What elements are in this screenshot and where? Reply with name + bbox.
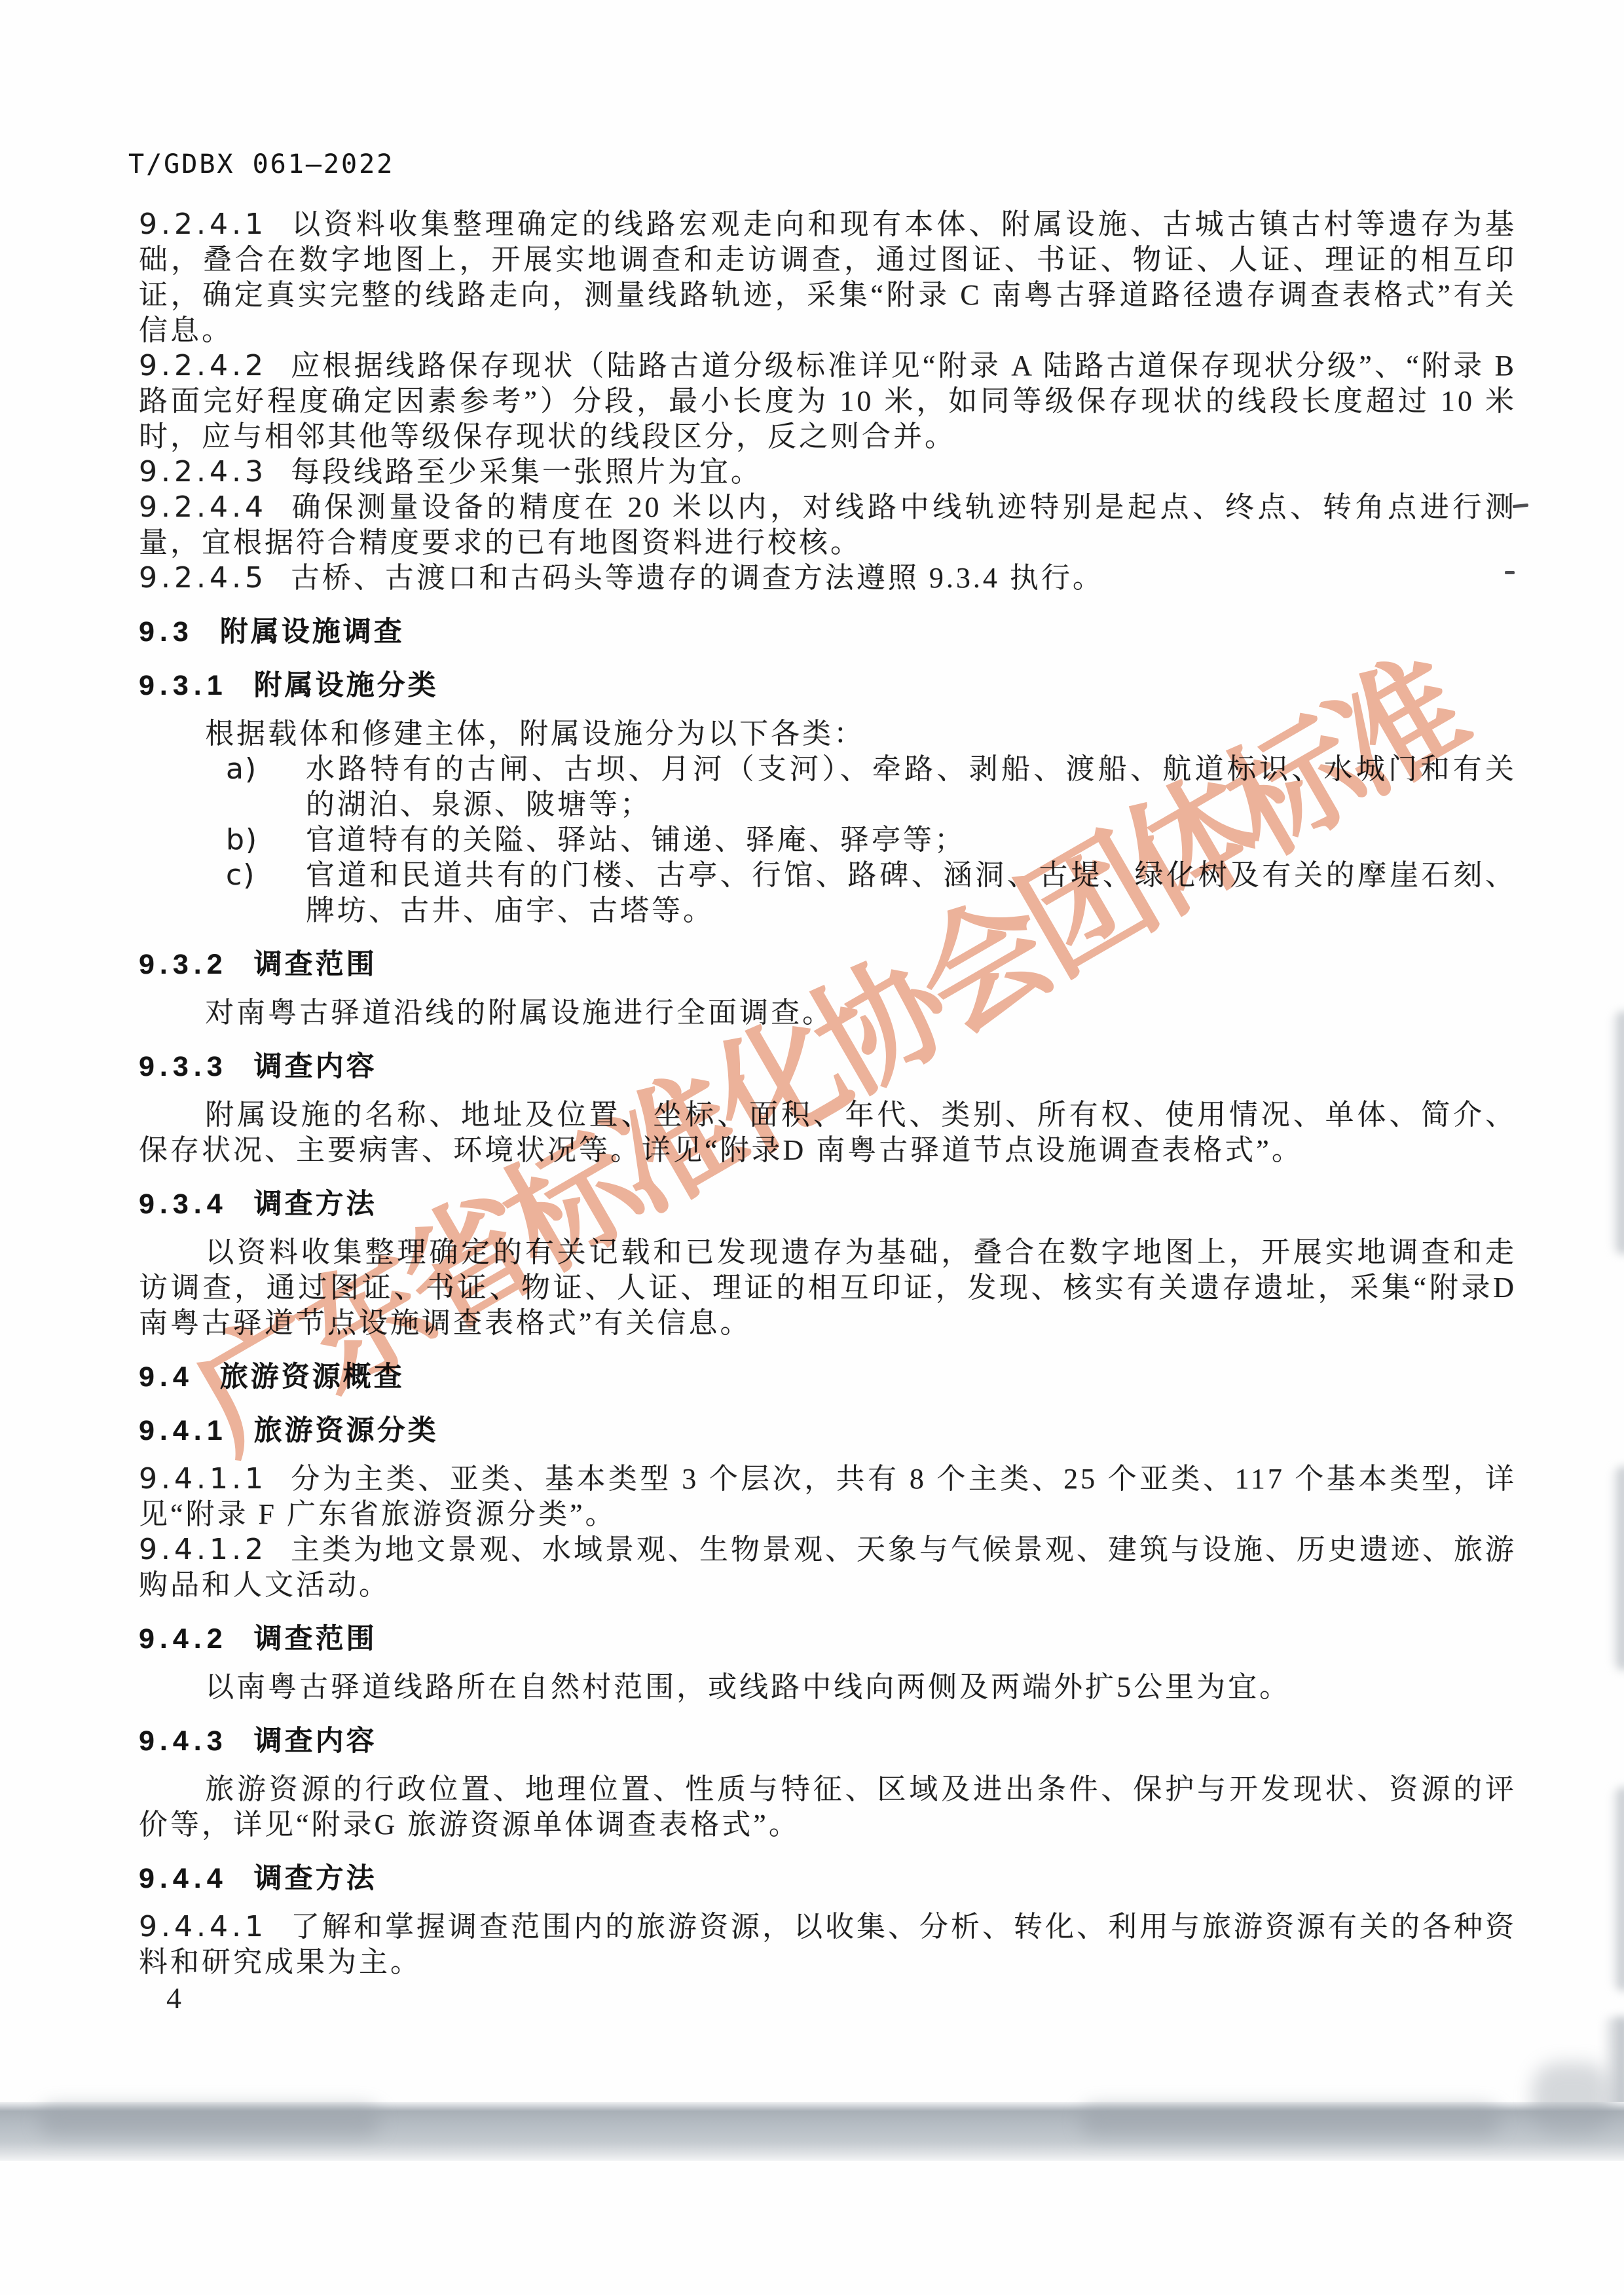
clause-heading-title: 旅游资源概查 <box>220 1361 405 1393</box>
clause-text: 应根据线路保存现状（陆路古道分级标准详见“附录 A 陆路古道保存现状分级”、“附… <box>139 350 1517 452</box>
body-paragraph: 根据载体和修建主体，附属设施分为以下各类： <box>139 716 1517 752</box>
body-paragraph: 对南粤古驿道沿线的附属设施进行全面调查。 <box>139 995 1517 1031</box>
clause-heading-title: 调查方法 <box>254 1188 377 1220</box>
paragraph-text: 附属设施的名称、地址及位置、坐标、面积、年代、类别、所有权、使用情况、单体、简介… <box>139 1099 1517 1166</box>
clause-number: 9.2.4.3 <box>139 455 267 488</box>
paragraph-text: 以资料收集整理确定的有关记载和已发现遗存为基础，叠合在数字地图上，开展实地调查和… <box>139 1236 1517 1339</box>
clause-heading: 9.3.1附属设施分类 <box>139 668 1517 703</box>
numbered-clause: 9.4.4.1了解和掌握调查范围内的旅游资源，以收集、分析、转化、利用与旅游资源… <box>139 1909 1517 1980</box>
scan-edge-shadow <box>1611 1788 1624 1991</box>
clause-number: 9.2.4.4 <box>139 490 267 524</box>
document-body: 9.2.4.1以资料收集整理确定的线路宏观走向和现有本体、附属设施、古城古镇古村… <box>139 207 1517 1980</box>
clause-text: 古桥、古渡口和古码头等遗存的调查方法遵照 9.3.4 执行。 <box>291 562 1104 594</box>
scan-bottom-edge-band <box>0 2102 1624 2161</box>
list-item-marker: b) <box>139 822 306 858</box>
clause-heading-title: 附属设施分类 <box>254 670 439 701</box>
scan-shadow-patch <box>39 2106 380 2136</box>
clause-heading: 9.3.2调查范围 <box>139 947 1517 982</box>
numbered-clause: 9.2.4.4确保测量设备的精度在 20 米以内，对线路中线轨迹特别是起点、终点… <box>139 490 1517 560</box>
clause-heading: 9.4.3调查内容 <box>139 1723 1517 1759</box>
clause-heading-title: 旅游资源分类 <box>254 1415 439 1446</box>
clause-heading: 9.4.4调查方法 <box>139 1861 1517 1896</box>
paragraph-text: 以南粤古驿道线路所在自然村范围，或线路中线向两侧及两端外扩5公里为宜。 <box>205 1671 1291 1703</box>
clause-heading: 9.3附属设施调查 <box>139 614 1517 650</box>
clause-heading-title: 调查内容 <box>254 1725 377 1757</box>
clause-heading-number: 9.4.3 <box>139 1725 228 1757</box>
clause-heading-number: 9.3.3 <box>139 1051 228 1082</box>
list-item-text: 官道特有的关隘、驿站、铺递、驿庵、驿亭等； <box>306 822 1517 858</box>
clause-heading-title: 调查内容 <box>254 1051 377 1082</box>
clause-heading-number: 9.4.2 <box>139 1623 228 1655</box>
clause-heading: 9.4.1旅游资源分类 <box>139 1413 1517 1448</box>
numbered-clause: 9.2.4.2应根据线路保存现状（陆路古道分级标准详见“附录 A 陆路古道保存现… <box>139 348 1517 454</box>
clause-heading: 9.4.2调查范围 <box>139 1621 1517 1657</box>
clause-heading: 9.3.4调查方法 <box>139 1186 1517 1222</box>
clause-text: 每段线路至少采集一张照片为宜。 <box>291 456 762 488</box>
clause-heading-title: 调查方法 <box>254 1863 377 1894</box>
clause-text: 确保测量设备的精度在 20 米以内，对线路中线轨迹特别是起点、终点、转角点进行测… <box>139 491 1517 559</box>
page-number: 4 <box>166 1981 181 2015</box>
scan-shadow-patch <box>1532 2063 1611 2135</box>
body-paragraph: 以南粤古驿道线路所在自然村范围，或线路中线向两侧及两端外扩5公里为宜。 <box>139 1670 1517 1705</box>
body-paragraph: 旅游资源的行政位置、地理位置、性质与特征、区域及进出条件、保护与开发现状、资源的… <box>139 1772 1517 1843</box>
scan-edge-shadow <box>1611 1012 1624 1254</box>
numbered-clause: 9.2.4.1以资料收集整理确定的线路宏观走向和现有本体、附属设施、古城古镇古村… <box>139 207 1517 348</box>
list-item-text: 官道和民道共有的门楼、古亭、行馆、路碑、涵洞、古堤、绿化树及有关的摩崖石刻、牌坊… <box>306 858 1517 928</box>
clause-heading-number: 9.4.1 <box>139 1415 228 1446</box>
clause-number: 9.4.4.1 <box>139 1910 267 1943</box>
numbered-clause: 9.2.4.5古桥、古渡口和古码头等遗存的调查方法遵照 9.3.4 执行。 <box>139 560 1517 596</box>
numbered-clause: 9.4.1.1分为主类、亚类、基本类型 3 个层次，共有 8 个主类、25 个亚… <box>139 1461 1517 1532</box>
list-item: a)水路特有的古闸、古坝、月河（支河）、牵路、剥船、渡船、航道标识、水城门和有关… <box>139 752 1517 822</box>
scan-shadow-patch <box>1080 2106 1500 2136</box>
clause-heading-number: 9.3.4 <box>139 1188 228 1220</box>
clause-heading-title: 调查范围 <box>254 1623 377 1655</box>
clause-heading-number: 9.3.1 <box>139 670 228 701</box>
list-item-text: 水路特有的古闸、古坝、月河（支河）、牵路、剥船、渡船、航道标识、水城门和有关的湖… <box>306 752 1517 822</box>
clause-number: 9.4.1.2 <box>139 1533 267 1566</box>
numbered-clause: 9.4.1.2主类为地文景观、水域景观、生物景观、天象与气候景观、建筑与设施、历… <box>139 1532 1517 1603</box>
clause-text: 了解和掌握调查范围内的旅游资源，以收集、分析、转化、利用与旅游资源有关的各种资料… <box>139 1911 1517 1978</box>
clause-heading-number: 9.4 <box>139 1361 194 1393</box>
clause-text: 主类为地文景观、水域景观、生物景观、天象与气候景观、建筑与设施、历史遗迹、旅游购… <box>139 1533 1517 1601</box>
body-paragraph: 以资料收集整理确定的有关记载和已发现遗存为基础，叠合在数字地图上，开展实地调查和… <box>139 1235 1517 1341</box>
clause-heading-number: 9.3.2 <box>139 949 228 980</box>
clause-heading-title: 调查范围 <box>254 949 377 980</box>
clause-text: 分为主类、亚类、基本类型 3 个层次，共有 8 个主类、25 个亚类、117 个… <box>139 1463 1517 1530</box>
list-item: c)官道和民道共有的门楼、古亭、行馆、路碑、涵洞、古堤、绿化树及有关的摩崖石刻、… <box>139 858 1517 928</box>
numbered-clause: 9.2.4.3每段线路至少采集一张照片为宜。 <box>139 454 1517 490</box>
clause-number: 9.2.4.5 <box>139 561 267 595</box>
clause-heading-title: 附属设施调查 <box>220 616 405 648</box>
clause-text: 以资料收集整理确定的线路宏观走向和现有本体、附属设施、古城古镇古村等遗存为基础，… <box>139 208 1517 346</box>
list-item-marker: c) <box>139 858 306 928</box>
paragraph-text: 旅游资源的行政位置、地理位置、性质与特征、区域及进出条件、保护与开发现状、资源的… <box>139 1773 1517 1841</box>
clause-heading: 9.4旅游资源概查 <box>139 1359 1517 1395</box>
scan-edge-shadow <box>1611 1467 1624 1670</box>
document-code: T/GDBX 061—2022 <box>128 149 394 179</box>
scanned-document-page: T/GDBX 061—2022 9.2.4.1以资料收集整理确定的线路宏观走向和… <box>0 0 1624 2295</box>
clause-number: 9.2.4.2 <box>139 349 267 382</box>
clause-heading: 9.3.3调查内容 <box>139 1049 1517 1084</box>
clause-number: 9.2.4.1 <box>139 208 267 241</box>
paragraph-text: 根据载体和修建主体，附属设施分为以下各类： <box>205 718 865 750</box>
body-paragraph: 附属设施的名称、地址及位置、坐标、面积、年代、类别、所有权、使用情况、单体、简介… <box>139 1097 1517 1168</box>
clause-heading-number: 9.4.4 <box>139 1863 228 1894</box>
paragraph-text: 对南粤古驿道沿线的附属设施进行全面调查。 <box>205 997 834 1029</box>
clause-heading-number: 9.3 <box>139 616 194 648</box>
scan-speck <box>1513 504 1528 508</box>
list-item-marker: a) <box>139 752 306 822</box>
list-item: b)官道特有的关隘、驿站、铺递、驿庵、驿亭等； <box>139 822 1517 858</box>
scan-speck <box>1505 571 1515 574</box>
clause-number: 9.4.1.1 <box>139 1462 267 1496</box>
